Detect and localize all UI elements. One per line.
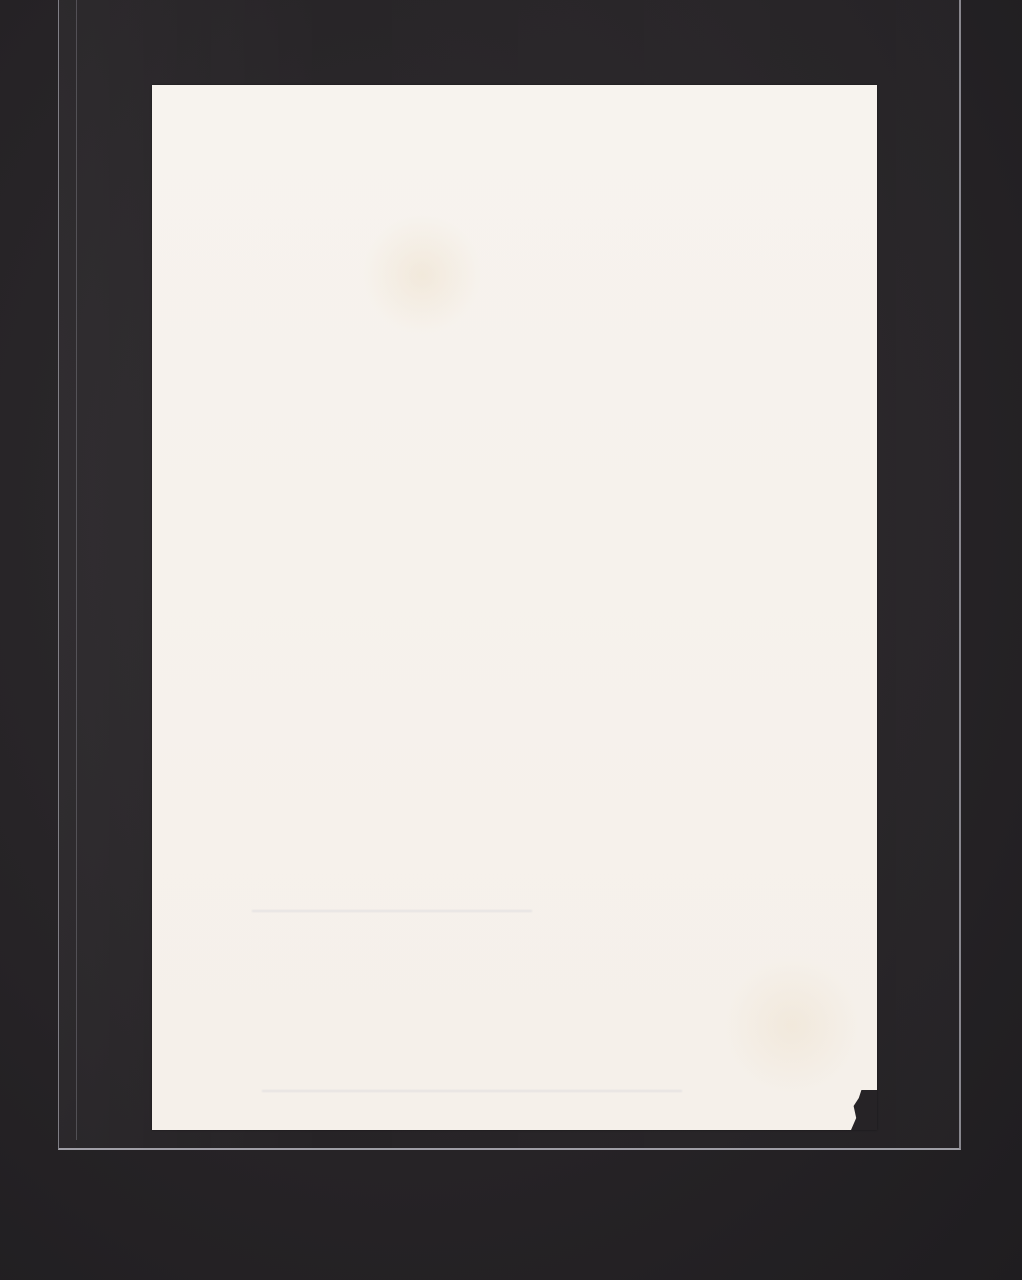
torn-corner: [851, 1090, 877, 1130]
card-back: [152, 85, 877, 1130]
faint-smudge: [262, 1090, 682, 1092]
faint-smudge: [252, 910, 532, 912]
sleeve-edge-line: [76, 0, 77, 1140]
